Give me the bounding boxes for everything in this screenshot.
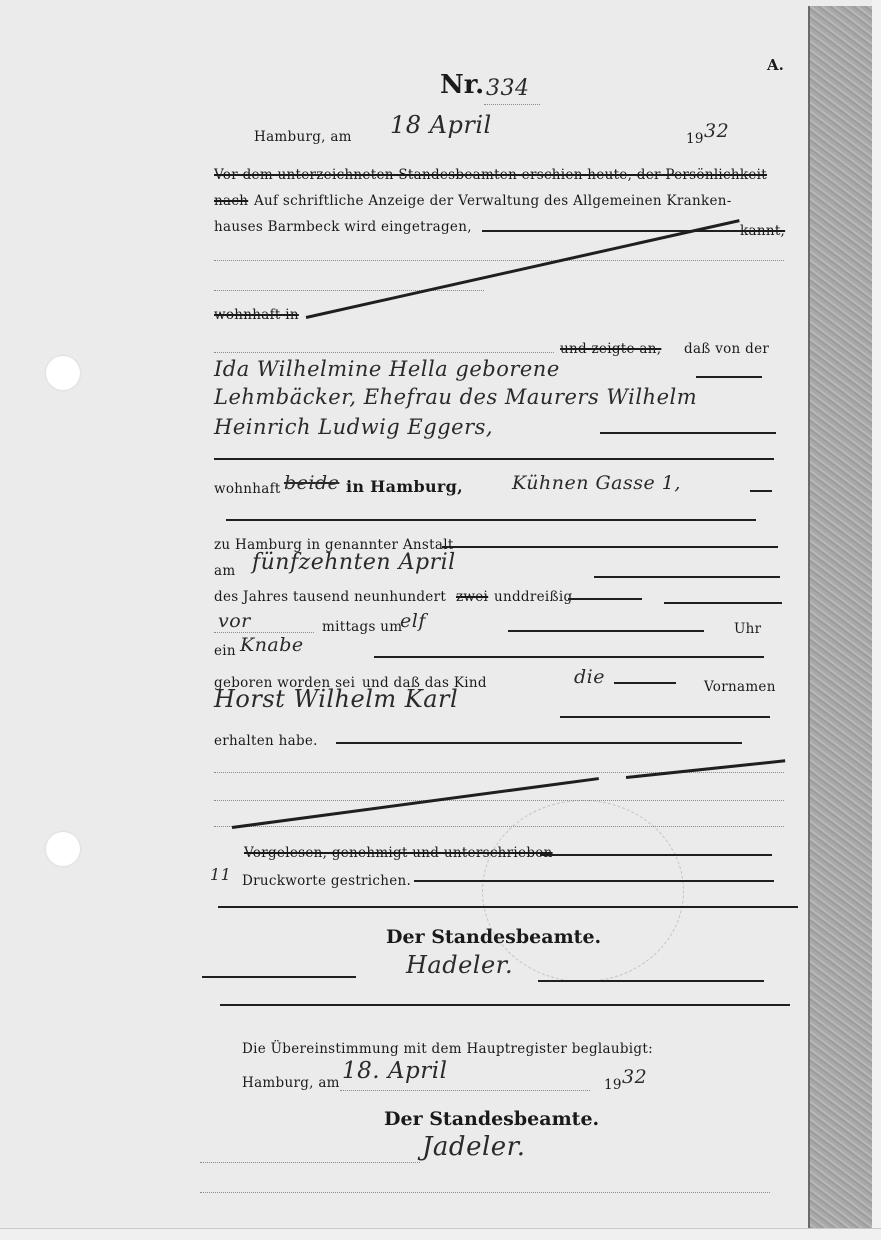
place-date-label: Hamburg, am <box>254 128 352 146</box>
dotted-line <box>214 632 314 633</box>
signature-2: Jadeler. <box>422 1138 526 1156</box>
cert-year-hand: 32 <box>622 1068 647 1086</box>
ein-label: ein <box>214 642 236 660</box>
fill-line <box>594 576 780 578</box>
vornamen-label: Vornamen <box>704 678 776 696</box>
dotted-line <box>214 772 784 773</box>
dotted-line <box>214 826 784 827</box>
dotted-line <box>214 800 784 801</box>
mother-name-line-3: Heinrich Ludwig Eggers, <box>214 418 493 436</box>
druckworte-count: 11 <box>210 866 231 884</box>
fill-line <box>202 976 356 978</box>
fill-line <box>218 906 798 908</box>
fill-line <box>226 519 756 521</box>
fill-line <box>442 546 778 548</box>
record-number-value: 334 <box>486 80 530 98</box>
fill-line <box>664 602 782 604</box>
druckworte-label: Druckworte gestrichen. <box>242 872 411 890</box>
year-print: 19 <box>686 130 704 148</box>
mother-name-line-2: Lehmbäcker, Ehefrau des Maurers Wilhelm <box>214 388 697 406</box>
die-word: die <box>574 668 605 686</box>
fill-line <box>214 458 774 460</box>
birth-day: fünfzehnten April <box>252 554 456 572</box>
certification-text: Die Übereinstimmung mit dem Hauptregiste… <box>242 1040 653 1058</box>
record-number-label: Nr. <box>440 76 484 94</box>
erhalten-habe: erhalten habe. <box>214 732 318 750</box>
fill-line <box>538 980 764 982</box>
fill-line <box>560 716 770 718</box>
year-suffix: unddreißig <box>494 588 572 606</box>
registration-date: 18 April <box>390 116 492 134</box>
year-hand: 32 <box>704 122 729 140</box>
cert-place-label: Hamburg, am <box>242 1074 340 1092</box>
dotted-line <box>340 1090 590 1091</box>
fill-line <box>374 656 764 658</box>
year-label: des Jahres tausend neunhundert <box>214 588 446 606</box>
daytime: vor <box>218 612 251 630</box>
struck-und-zeigte-an: und zeigte an, <box>560 340 661 358</box>
signature-1: Hadeler. <box>406 956 513 974</box>
scan-bottom-edge <box>0 1228 881 1240</box>
official-title-1: Der Standesbeamte. <box>386 928 601 946</box>
struck-beide: beide <box>284 474 339 492</box>
dotted-line <box>214 352 554 353</box>
report-line-1: Auf schriftliche Anzeige der Verwaltung … <box>254 192 732 210</box>
residence-city: in Hamburg, <box>346 478 463 496</box>
form-id: A. <box>767 56 784 74</box>
fill-line <box>600 432 776 434</box>
scan-edge-shadow <box>808 6 874 1228</box>
birth-hour: elf <box>400 612 426 630</box>
cert-year-print: 19 <box>604 1076 622 1094</box>
fill-line <box>540 854 772 856</box>
dass-von-der: daß von der <box>684 340 769 358</box>
fill-line <box>696 376 762 378</box>
fill-line <box>220 1004 790 1006</box>
struck-vorgelesen: Vorgelesen, genehmigt und unterschrieben <box>244 844 553 862</box>
struck-zwei: zwei <box>456 588 488 606</box>
mother-name-line-1: Ida Wilhelmine Hella geborene <box>214 360 560 378</box>
uhr-label: Uhr <box>734 620 761 638</box>
struck-intro-line: Vor dem unterzeichneten Standesbeamten e… <box>214 166 767 184</box>
dotted-line <box>200 1162 420 1163</box>
mittags-um: mittags um <box>322 618 402 636</box>
dotted-line <box>214 260 784 261</box>
struck-kannt: kannt, <box>740 222 785 240</box>
fill-line <box>482 230 742 232</box>
residence-address: Kühnen Gasse 1, <box>512 474 681 492</box>
dotted-line <box>200 1192 770 1193</box>
fill-line <box>750 490 772 492</box>
cert-date: 18. April <box>342 1062 447 1080</box>
child-sex: Knabe <box>240 636 304 654</box>
fill-line <box>414 880 774 882</box>
struck-wohnhaft-in: wohnhaft in <box>214 306 299 324</box>
wohnhaft-label: wohnhaft <box>214 480 281 498</box>
fill-line <box>336 742 742 744</box>
dotted-line <box>484 104 540 105</box>
child-given-names: Horst Wilhelm Karl <box>214 690 458 708</box>
fill-line <box>508 630 704 632</box>
scan-margin <box>872 0 881 1240</box>
dotted-line <box>214 290 484 291</box>
am-label: am <box>214 562 235 580</box>
fill-line <box>614 682 676 684</box>
official-title-2: Der Standesbeamte. <box>384 1110 599 1128</box>
punch-hole-top <box>46 356 80 390</box>
struck-nach: nach <box>214 192 248 210</box>
fill-line <box>568 598 642 600</box>
report-line-2: hauses Barmbeck wird eingetragen, <box>214 218 472 236</box>
punch-hole-bottom <box>46 832 80 866</box>
